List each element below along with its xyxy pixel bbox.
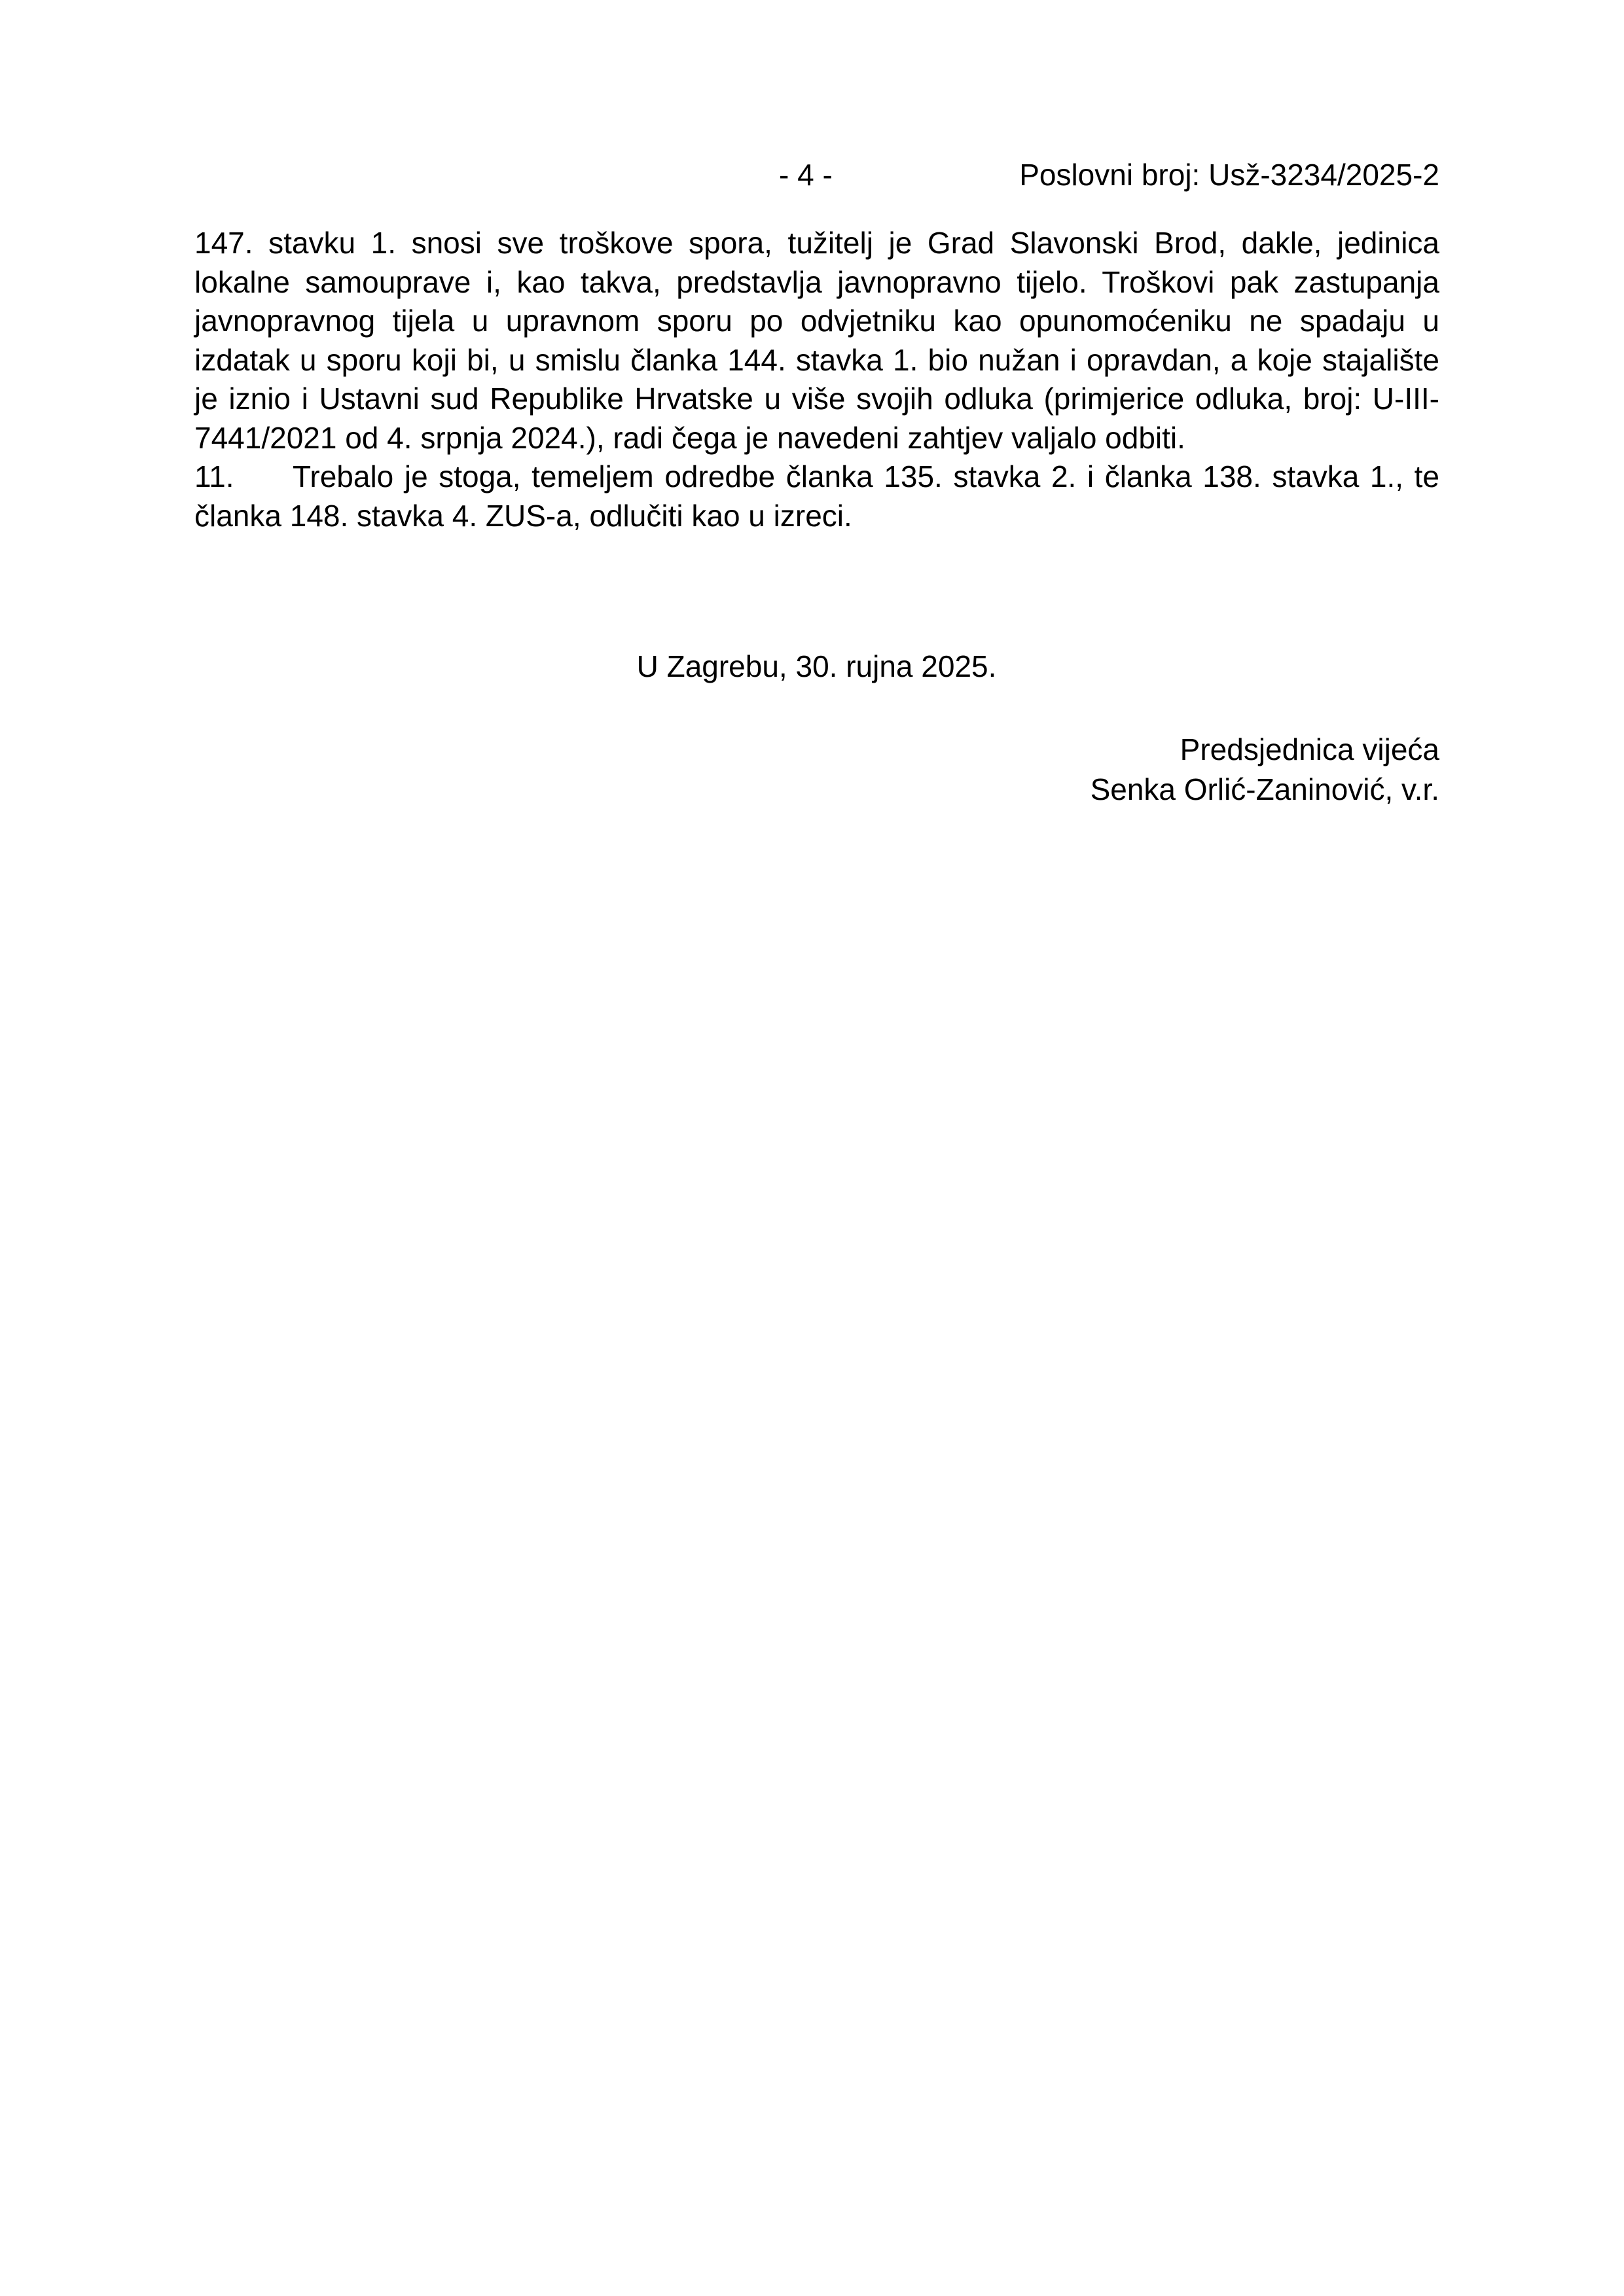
paragraph-continuation: 147. stavku 1. snosi sve troškove spora,… bbox=[194, 224, 1439, 457]
signature-block: Predsjednica vijeća Senka Orlić-Zaninovi… bbox=[1091, 730, 1439, 810]
place-date-text: U Zagrebu, 30. rujna 2025. bbox=[637, 649, 997, 683]
signatory-name: Senka Orlić-Zaninović, v.r. bbox=[1091, 770, 1439, 810]
place-and-date: U Zagrebu, 30. rujna 2025. bbox=[0, 647, 1624, 686]
page-number: - 4 - bbox=[779, 152, 833, 198]
paragraph-text: Trebalo je stoga, temeljem odredbe člank… bbox=[194, 459, 1439, 533]
paragraph-number: 11. bbox=[194, 457, 293, 497]
paragraph-11: 11.Trebalo je stoga, temeljem odredbe čl… bbox=[194, 457, 1439, 535]
document-page: - 4 - Poslovni broj: Usž-3234/2025-2 147… bbox=[0, 0, 1624, 2296]
document-body: 147. stavku 1. snosi sve troškove spora,… bbox=[194, 224, 1439, 535]
page-header: - 4 - Poslovni broj: Usž-3234/2025-2 bbox=[0, 152, 1624, 198]
signatory-title: Predsjednica vijeća bbox=[1091, 730, 1439, 770]
case-number: Poslovni broj: Usž-3234/2025-2 bbox=[1019, 152, 1439, 198]
